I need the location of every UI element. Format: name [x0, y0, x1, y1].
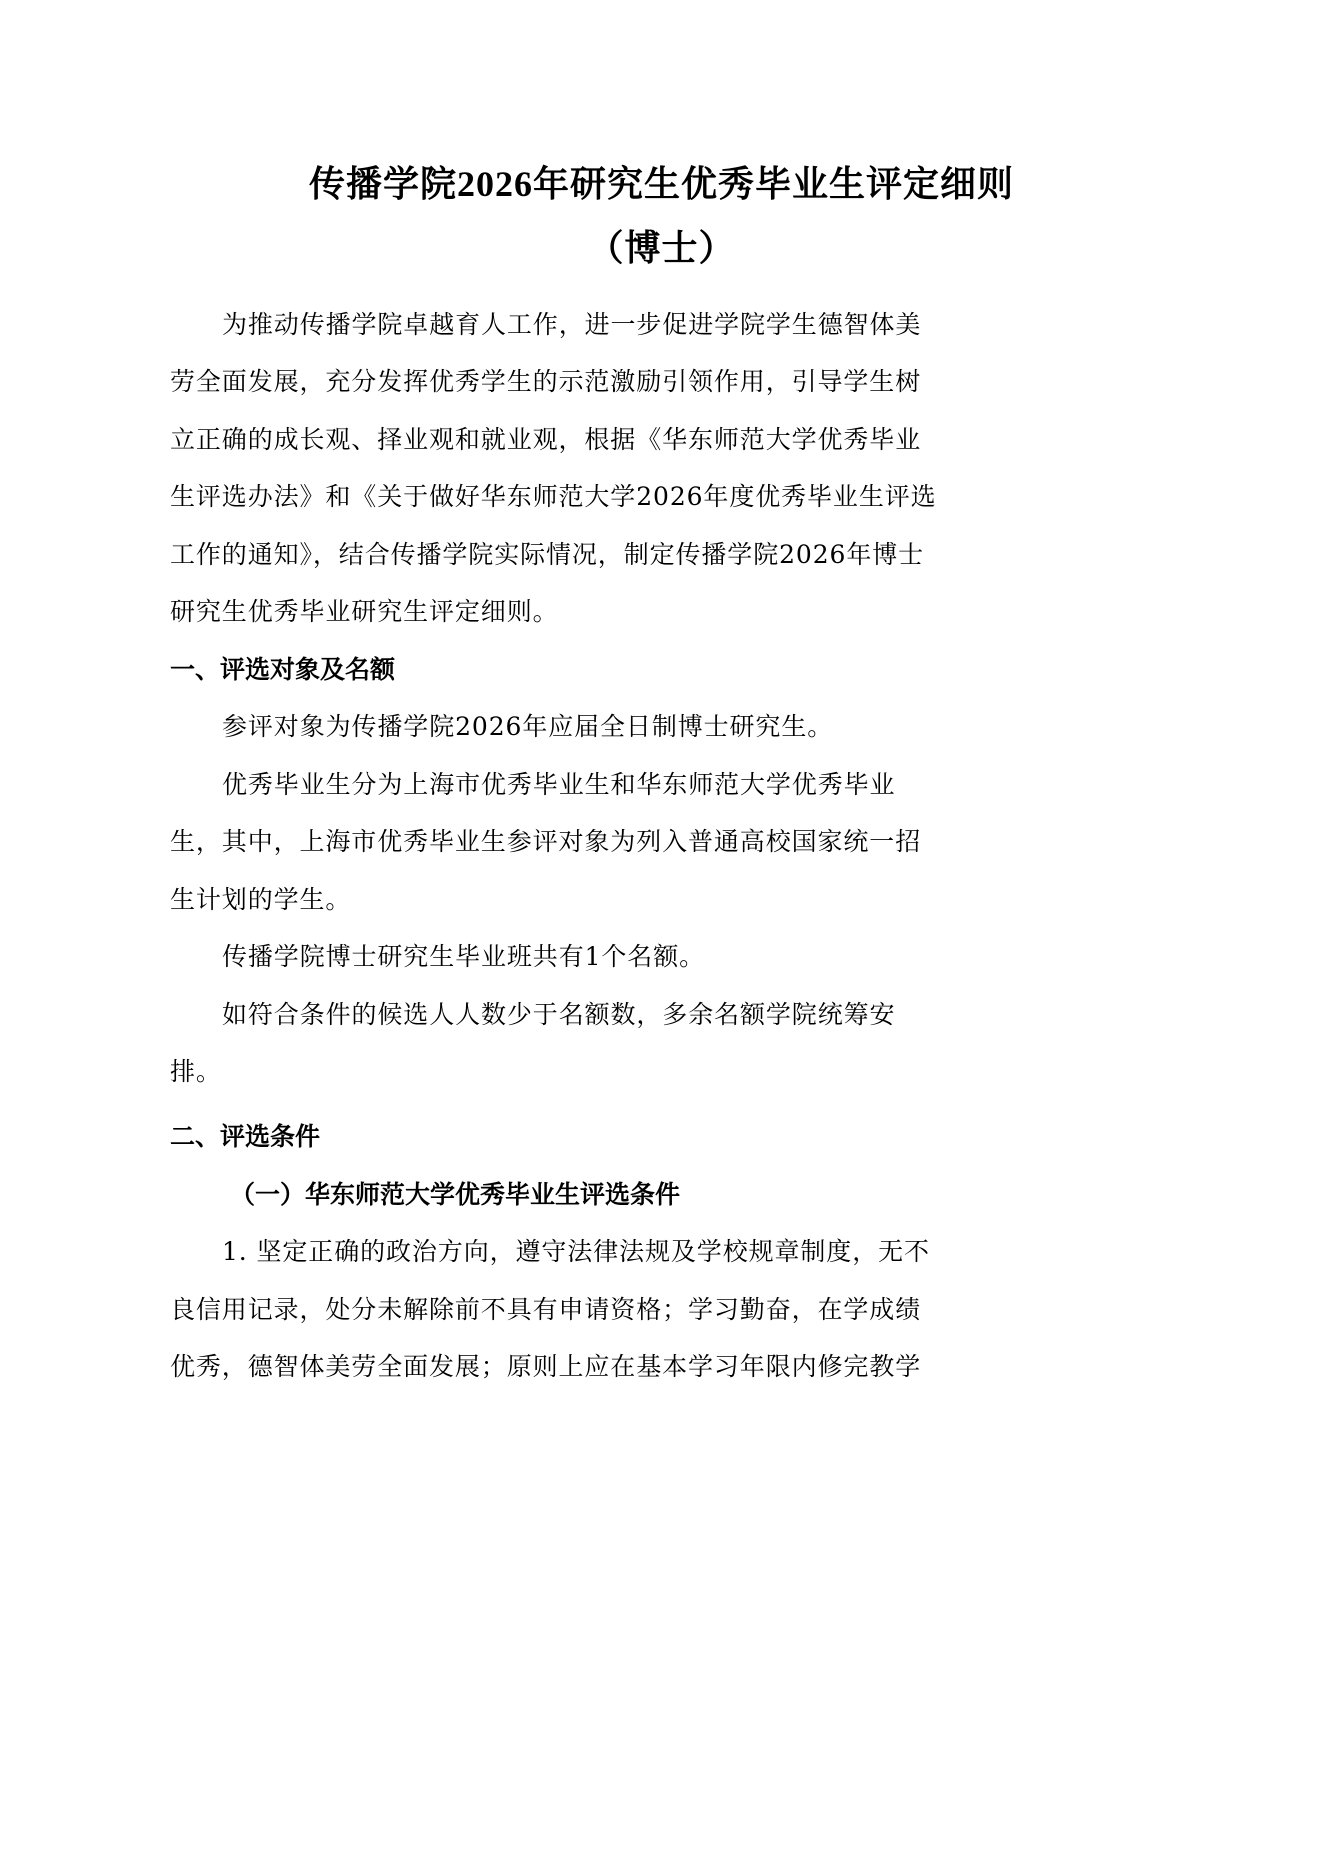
text-line: 生计划的学生。 — [170, 883, 930, 917]
document-title: 传播学院2026年研究生优秀毕业生评定细则 — [0, 162, 1323, 206]
document-page: 传播学院2026年研究生优秀毕业生评定细则 （博士） 为推动传播学院卓越育人工作… — [0, 0, 1323, 1871]
text-line: 如符合条件的候选人人数少于名额数，多余名额学院统筹安 — [222, 998, 930, 1032]
text-line: 参评对象为传播学院2026年应届全日制博士研究生。 — [222, 710, 930, 744]
text-line: 良信用记录，处分未解除前不具有申请资格；学习勤奋，在学成绩 — [170, 1293, 930, 1327]
subsection-heading: （一）华东师范大学优秀毕业生评选条件 — [230, 1178, 990, 1212]
document-subtitle: （博士） — [0, 226, 1323, 270]
text-line: 1. 坚定正确的政治方向，遵守法律法规及学校规章制度，无不 — [222, 1235, 930, 1269]
text-line: 劳全面发展，充分发挥优秀学生的示范激励引领作用，引导学生树 — [170, 365, 930, 399]
text-line: 立正确的成长观、择业观和就业观，根据《华东师范大学优秀毕业 — [170, 423, 930, 457]
text-line: 生，其中，上海市优秀毕业生参评对象为列入普通高校国家统一招 — [170, 825, 930, 859]
text-line: 研究生优秀毕业研究生评定细则。 — [170, 595, 930, 629]
text-line: 优秀，德智体美劳全面发展；原则上应在基本学习年限内修完教学 — [170, 1350, 930, 1384]
section-heading: 一、评选对象及名额 — [170, 653, 930, 687]
text-line: 工作的通知》，结合传播学院实际情况，制定传播学院2026年博士 — [170, 538, 930, 572]
text-line: 为推动传播学院卓越育人工作，进一步促进学院学生德智体美 — [222, 308, 930, 342]
text-line: 优秀毕业生分为上海市优秀毕业生和华东师范大学优秀毕业 — [222, 768, 930, 802]
section-heading: 二、评选条件 — [170, 1120, 930, 1154]
text-line: 生评选办法》和《关于做好华东师范大学2026年度优秀毕业生评选 — [170, 480, 930, 514]
text-line: 排。 — [170, 1055, 930, 1089]
text-line: 传播学院博士研究生毕业班共有1个名额。 — [222, 940, 930, 974]
